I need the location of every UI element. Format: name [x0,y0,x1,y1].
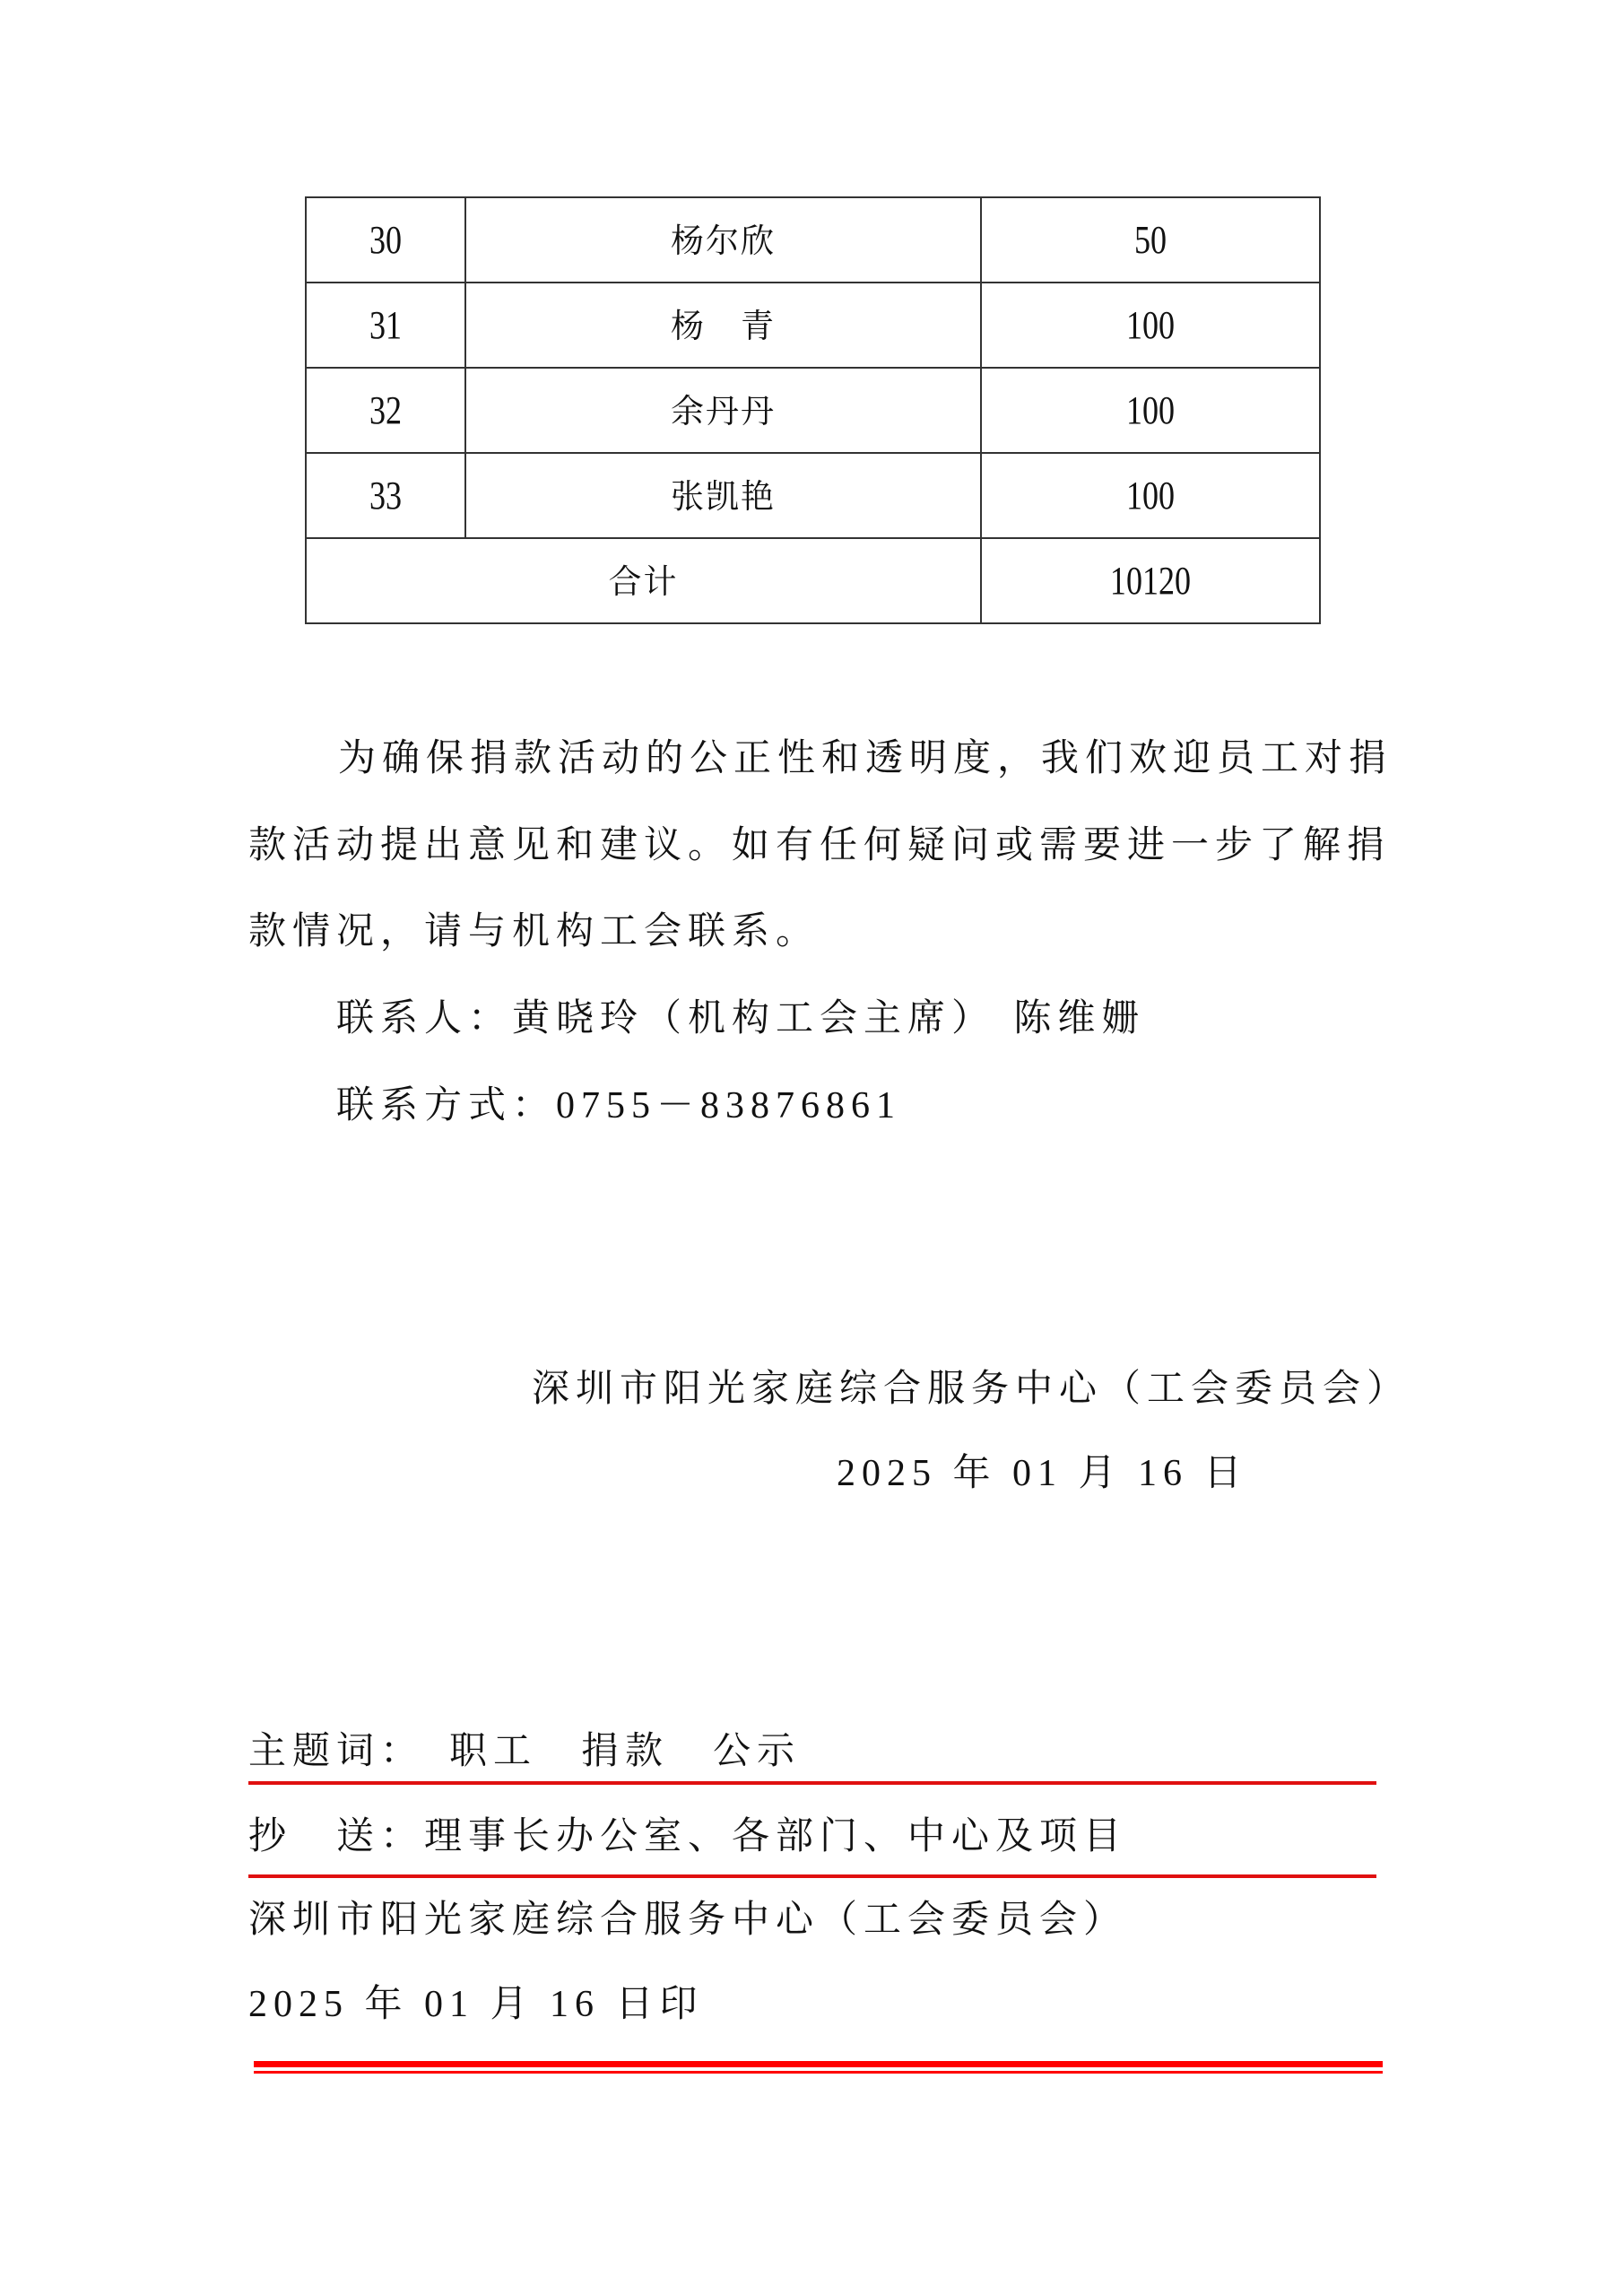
keywords-value: 职工 捐款 公示 [449,1728,801,1772]
row-number-cell: 32 [306,368,465,453]
cc-value: 理事长办公室、各部门、中心及项目 [424,1813,1127,1857]
total-amount-cell: 10120 [981,538,1320,623]
donor-name-cell: 杨尔欣 [465,197,981,283]
donation-amount: 100 [1126,476,1175,516]
row-number-cell: 31 [306,283,465,368]
amount-cell: 100 [981,368,1320,453]
footer-cc: 抄 送：理事长办公室、各部门、中心及项目 [248,1813,1127,1858]
donor-name-cell: 张凯艳 [465,453,981,538]
donation-amount: 50 [1134,221,1167,260]
cc-label: 抄 送： [248,1813,424,1857]
footer-issuer: 深圳市阳光家庭综合服务中心（工会委员会） [248,1897,1127,1942]
paragraph-line: 为确保捐款活动的公正性和透明度，我们欢迎员工对捐 [338,735,1393,780]
amount-cell: 100 [981,283,1320,368]
document-page: 30 杨尔欣 50 31 杨 青 100 32 余丹丹 100 33 张凯艳 1… [0,0,1623,2296]
contact-phone: 0755－83876861 [556,1085,901,1126]
table-row: 30 杨尔欣 50 [306,197,1320,283]
amount-cell: 50 [981,197,1320,283]
contact-method: 联系方式：0755－83876861 [336,1083,901,1128]
donation-amount: 100 [1126,306,1175,345]
red-divider [248,1874,1376,1878]
donor-name: 张凯艳 [671,477,776,516]
table-row: 32 余丹丹 100 [306,368,1320,453]
donation-table: 30 杨尔欣 50 31 杨 青 100 32 余丹丹 100 33 张凯艳 1… [305,196,1321,624]
row-number: 30 [369,221,402,260]
table-row: 33 张凯艳 100 [306,453,1320,538]
contact-person-value: 黄晓玲（机构工会主席） 陈维姗 [512,996,1145,1039]
double-red-rule-thick [254,2061,1383,2067]
row-number-cell: 30 [306,197,465,283]
signature-organization: 深圳市阳光家庭综合服务中心（工会委员会） [532,1366,1410,1411]
donor-name-cell: 杨 青 [465,283,981,368]
amount-cell: 100 [981,453,1320,538]
table-total-row: 合计 10120 [306,538,1320,623]
contact-person: 联系人：黄晓玲（机构工会主席） 陈维姗 [336,996,1145,1040]
keywords-label: 主题词： [248,1728,405,1772]
table-row: 31 杨 青 100 [306,283,1320,368]
contact-method-label: 联系方式： [336,1083,556,1126]
total-amount: 10120 [1110,561,1191,601]
paragraph-line: 款情况，请与机构工会联系。 [248,909,820,953]
donor-name: 杨 青 [671,307,776,345]
donor-name: 杨尔欣 [671,222,776,260]
donation-amount: 100 [1126,391,1175,430]
donor-name: 余丹丹 [671,392,776,430]
contact-person-label: 联系人： [336,996,512,1039]
total-label-cell: 合计 [306,538,981,623]
footer-print-date: 2025 年 01 月 16 日印 [248,1982,704,2027]
row-number-cell: 33 [306,453,465,538]
total-label: 合计 [609,562,679,601]
footer-keywords: 主题词： 职工 捐款 公示 [248,1728,801,1773]
signature-date: 2025 年 01 月 16 日 [837,1451,1248,1496]
donor-name-cell: 余丹丹 [465,368,981,453]
paragraph-line: 款活动提出意见和建议。如有任何疑问或需要进一步了解捐 [248,822,1391,867]
row-number: 33 [369,476,402,516]
row-number: 31 [369,306,402,345]
red-divider [248,1781,1376,1785]
double-red-rule-thin [254,2071,1383,2074]
row-number: 32 [369,391,402,430]
